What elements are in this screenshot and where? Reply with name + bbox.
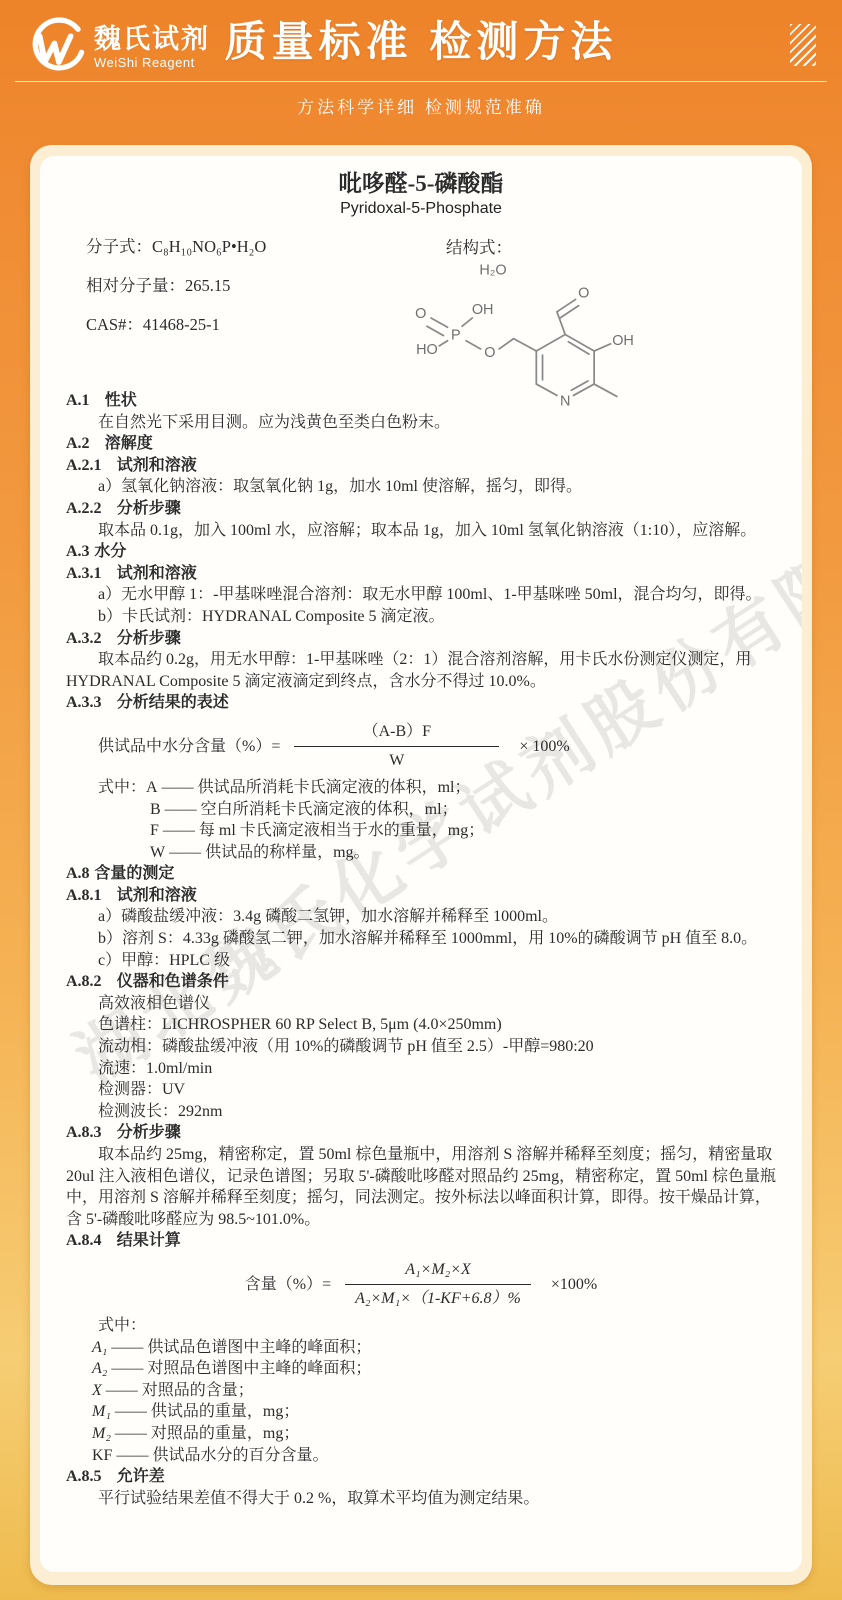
doc-block-p: 在自然光下采用目测。应为浅黄色至类白色粉末。 (66, 412, 776, 434)
doc-block-h: A.3.3分析结果的表述 (66, 692, 776, 714)
doc-block-p: 色谱柱：LICHROSPHER 60 RP Select B, 5μm (4.0… (66, 1014, 776, 1036)
molecular-weight-value: 265.15 (185, 276, 230, 295)
atom-hydrate: H₂O (479, 263, 506, 279)
doc-block-h: A.8.4结果计算 (66, 1230, 776, 1252)
doc-block-p: b）溶剂 S：4.33g 磷酸氢二钾，加水溶解并稀释至 1000mml，用 10… (66, 928, 776, 950)
doc-block-p: 流速：1.0ml/min (66, 1058, 776, 1080)
doc-block-p: 取本品约 25mg，精密称定，置 50ml 棕色量瓶中，用溶剂 S 溶解并稀释至… (66, 1144, 776, 1230)
doc-block-p: c）甲醇：HPLC 级 (66, 950, 776, 972)
doc-block-h: A.3.1试剂和溶液 (66, 563, 776, 585)
molecular-formula-value: C₈H₁₀NO₆P•H₂O (152, 237, 266, 256)
header-divider (15, 81, 827, 82)
doc-block-h: A.3.2分析步骤 (66, 628, 776, 650)
atom-ester-o: O (484, 345, 495, 361)
doc-block-h: A.8.5允许差 (66, 1466, 776, 1488)
doc-block-p: b）卡氏试剂：HYDRANAL Composite 5 滴定液。 (66, 606, 776, 628)
slashes-decoration-icon (790, 24, 816, 66)
document-body: A.1性状在自然光下采用目测。应为浅黄色至类白色粉末。A.2溶解度A.2.1试剂… (66, 390, 776, 1509)
doc-block-defs: 式中：A₁ —— 供试品色谱图中主峰的峰面积；A₂ —— 对照品色谱图中主峰的峰… (66, 1315, 776, 1466)
doc-block-h: A.8.3分析步骤 (66, 1122, 776, 1144)
doc-block-p: 取本品约 0.2g，用无水甲醇：1-甲基咪唑（2：1）混合溶剂溶解，用卡氏水份测… (66, 649, 776, 692)
doc-block-h: A.2.2分析步骤 (66, 498, 776, 520)
molecular-formula-label: 分子式： (86, 237, 152, 256)
doc-block-p: 检测器：UV (66, 1079, 776, 1101)
cas-value: 41468-25-1 (143, 315, 220, 334)
cas-label: CAS#： (86, 315, 143, 334)
atom-p-ho: HO (416, 342, 438, 358)
doc-block-p: a）氢氧化钠溶液：取氢氧化钠 1g，加水 10ml 使溶解，摇匀，即得。 (66, 476, 776, 498)
molecular-weight-label: 相对分子量： (86, 276, 185, 295)
doc-block-h: A.1性状 (66, 390, 776, 412)
page-title: 质量标准 检测方法 (0, 16, 842, 68)
doc-block-p: 取本品 0.1g，加入 100ml 水，应溶解；取本品 1g，加入 10ml 氢… (66, 520, 776, 542)
doc-block-p: a）磷酸盐缓冲液：3.4g 磷酸二氢钾，加水溶解并稀释至 1000ml。 (66, 906, 776, 928)
atom-p-oh: OH (472, 302, 494, 318)
doc-block-h: A.2.1试剂和溶液 (66, 455, 776, 477)
doc-block-p: 高效液相色谱仪 (66, 993, 776, 1015)
document-page: 湖北魏氏化学试剂股份有限公司 吡哆醛-5-磷酸酯 Pyridoxal-5-Pho… (40, 156, 802, 1572)
doc-block-h: A.8.1试剂和溶液 (66, 885, 776, 907)
doc-block-h: A.8.2仪器和色谱条件 (66, 971, 776, 993)
doc-block-formula: 供试品中水分含量（%）=（A-B）FW× 100% (66, 721, 776, 772)
compound-info: 分子式：C₈H₁₀NO₆P•H₂O 相对分子量：265.15 CAS#：4146… (66, 236, 776, 388)
doc-block-p: 检测波长：292nm (66, 1101, 776, 1123)
doc-block-h: A.8含量的测定 (66, 863, 776, 885)
doc-block-p: 平行试验结果差值不得大于 0.2 %，取算术平均值为测定结果。 (66, 1488, 776, 1510)
atom-cho-o: O (578, 285, 589, 301)
compound-title-cn: 吡哆醛-5-磷酸酯 (66, 170, 776, 198)
document-card: 湖北魏氏化学试剂股份有限公司 吡哆醛-5-磷酸酯 Pyridoxal-5-Pho… (30, 145, 812, 1585)
doc-block-h: A.2溶解度 (66, 433, 776, 455)
doc-block-p: a）无水甲醇 1：-甲基咪唑混合溶剂：取无水甲醇 100ml、1-甲基咪唑 50… (66, 584, 776, 606)
atom-p: P (451, 328, 461, 344)
doc-block-h: A.3水分 (66, 541, 776, 563)
atom-ring-oh: OH (612, 333, 634, 349)
page-subtitle: 方法科学详细 检测规范准确 (0, 93, 842, 118)
page-header: 魏氏试剂 WeiShi Reagent 质量标准 检测方法 方法科学详细 检测规… (0, 0, 842, 132)
doc-block-defs: 式中：A —— 供试品所消耗卡氏滴定液的体积，ml；B —— 空白所消耗卡氏滴定… (66, 777, 776, 863)
doc-block-formula: 含量（%）=A₁×M₂×XA₂×M₁×（1-KF+6.8）%×100% (66, 1259, 776, 1310)
atom-p-dbl-o: O (415, 306, 426, 322)
doc-block-p: 流动相：磷酸盐缓冲液（用 10%的磷酸调节 pH 值至 2.5）-甲醇=980:… (66, 1036, 776, 1058)
compound-title-en: Pyridoxal-5-Phosphate (66, 198, 776, 220)
